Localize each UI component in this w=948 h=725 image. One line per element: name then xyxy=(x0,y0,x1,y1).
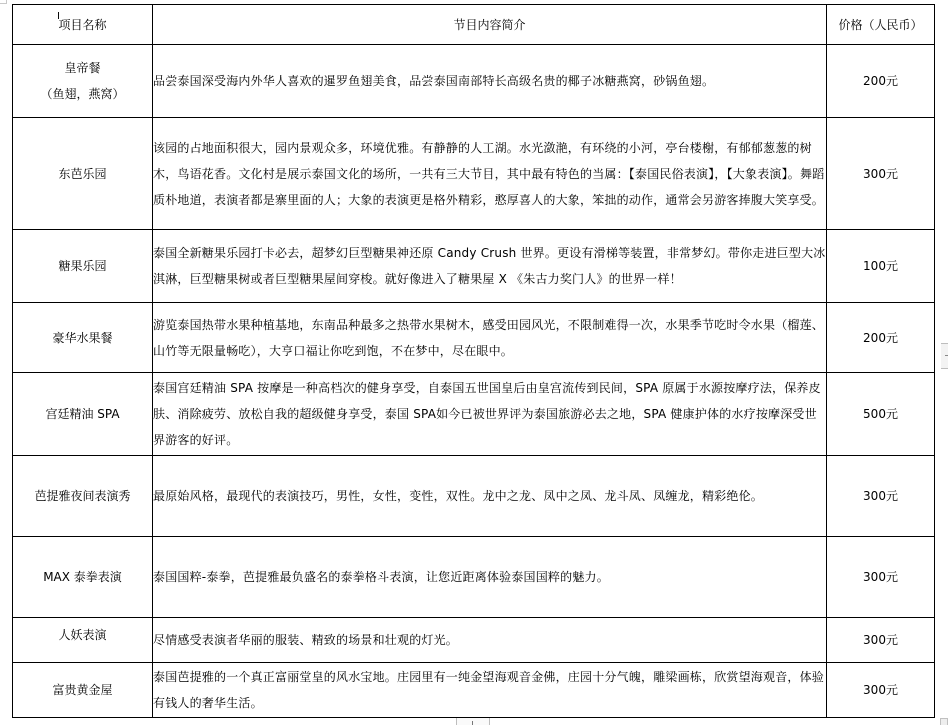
table-row: MAX 泰拳表演 泰国国粹-泰拳，芭提雅最负盛名的泰拳格斗表演，让您近距离体验泰… xyxy=(13,537,935,618)
table-row: 东芭乐园 该园的占地面积很大，园内景观众多，环境优雅。有静静的人工湖。水光潋滟，… xyxy=(13,118,935,230)
table-row: 富贵黄金屋 泰国芭提雅的一个真正富丽堂皇的风水宝地。庄园里有一纯金望海观音金佛，… xyxy=(13,663,935,718)
item-description: 最原始风格，最现代的表演技巧，男性，女性，变性，双性。龙中之龙、凤中之凤、龙斗凤… xyxy=(153,456,827,537)
document-page: 项目名称 节目内容简介 价格（人民币） 皇帝餐 （鱼翅，燕窝） 品尝泰国深受海内… xyxy=(0,0,948,725)
item-name: 富贵黄金屋 xyxy=(13,677,152,703)
item-price: 300元 xyxy=(827,537,935,618)
item-price: 300元 xyxy=(827,456,935,537)
item-name-cell: 豪华水果餐 xyxy=(13,303,153,373)
header-description: 节目内容简介 xyxy=(153,5,827,45)
item-name-cell: 富贵黄金屋 xyxy=(13,663,153,718)
header-price: 价格（人民币） xyxy=(827,5,935,45)
item-price: 500元 xyxy=(827,373,935,456)
table-row: 人妖表演 尽情感受表演者华丽的服装、精致的场景和壮观的灯光。 300元 xyxy=(13,618,935,663)
table-row: 皇帝餐 （鱼翅，燕窝） 品尝泰国深受海内外华人喜欢的暹罗鱼翅美食，品尝泰国南部特… xyxy=(13,45,935,118)
item-description: 泰国宫廷精油 SPA 按摩是一种高档次的健身享受，自泰国五世国皇后由皇宫流传到民… xyxy=(153,373,827,456)
item-description: 泰国国粹-泰拳，芭提雅最负盛名的泰拳格斗表演，让您近距离体验泰国国粹的魅力。 xyxy=(153,537,827,618)
item-price: 300元 xyxy=(827,118,935,230)
item-name: 人妖表演 xyxy=(13,622,152,648)
item-description: 游览泰国热带水果种植基地，东南品种最多之热带水果树木，感受田园风光，不限制难得一… xyxy=(153,303,827,373)
item-price: 200元 xyxy=(827,303,935,373)
item-name: MAX 泰拳表演 xyxy=(13,564,152,590)
item-price: 300元 xyxy=(827,663,935,718)
table-row: 宫廷精油 SPA 泰国宫廷精油 SPA 按摩是一种高档次的健身享受，自泰国五世国… xyxy=(13,373,935,456)
item-name-cell: 皇帝餐 （鱼翅，燕窝） xyxy=(13,45,153,118)
item-name: 东芭乐园 xyxy=(13,161,152,187)
header-item-name: 项目名称 xyxy=(13,5,153,45)
page-corner-marker xyxy=(0,0,7,4)
table-header-row: 项目名称 节目内容简介 价格（人民币） xyxy=(13,5,935,45)
item-name-subtitle: （鱼翅，燕窝） xyxy=(13,81,152,107)
item-name: 芭提雅夜间表演秀 xyxy=(13,483,152,509)
item-price: 100元 xyxy=(827,230,935,303)
item-name: 皇帝餐 xyxy=(13,55,152,81)
item-description: 该园的占地面积很大，园内景观众多，环境优雅。有静静的人工湖。水光潋滟，有环绕的小… xyxy=(153,118,827,230)
item-name-cell: 东芭乐园 xyxy=(13,118,153,230)
item-description: 泰国芭提雅的一个真正富丽堂皇的风水宝地。庄园里有一纯金望海观音金佛，庄园十分气魄… xyxy=(153,663,827,718)
table-row: 豪华水果餐 游览泰国热带水果种植基地，东南品种最多之热带水果树木，感受田园风光，… xyxy=(13,303,935,373)
table-row: 芭提雅夜间表演秀 最原始风格，最现代的表演技巧，男性，女性，变性，双性。龙中之龙… xyxy=(13,456,935,537)
resize-grip-icon[interactable] xyxy=(940,718,948,725)
table-row: 糖果乐园 泰国全新糖果乐园打卡必去，超梦幻巨型糖果神还原 Candy Crush… xyxy=(13,230,935,303)
text-cursor-icon: I xyxy=(57,11,59,21)
item-description: 泰国全新糖果乐园打卡必去，超梦幻巨型糖果神还原 Candy Crush 世界。更… xyxy=(153,230,827,303)
item-description: 尽情感受表演者华丽的服装、精致的场景和壮观的灯光。 xyxy=(153,618,827,663)
item-description: 品尝泰国深受海内外华人喜欢的暹罗鱼翅美食，品尝泰国南部特长高级名贵的椰子冰糖燕窝… xyxy=(153,45,827,118)
item-name: 宫廷精油 SPA xyxy=(13,401,152,427)
side-scroll-handle[interactable] xyxy=(941,343,948,369)
item-price: 300元 xyxy=(827,618,935,663)
item-name-cell: 芭提雅夜间表演秀 xyxy=(13,456,153,537)
item-name: 豪华水果餐 xyxy=(13,325,152,351)
item-name-cell: MAX 泰拳表演 xyxy=(13,537,153,618)
item-name-cell: 人妖表演 xyxy=(13,618,153,663)
item-name-cell: 宫廷精油 SPA xyxy=(13,373,153,456)
item-name: 糖果乐园 xyxy=(13,253,152,279)
tour-items-price-table: 项目名称 节目内容简介 价格（人民币） 皇帝餐 （鱼翅，燕窝） 品尝泰国深受海内… xyxy=(12,4,935,718)
horizontal-scroll-handle[interactable] xyxy=(456,718,490,725)
item-name-cell: 糖果乐园 xyxy=(13,230,153,303)
item-price: 200元 xyxy=(827,45,935,118)
